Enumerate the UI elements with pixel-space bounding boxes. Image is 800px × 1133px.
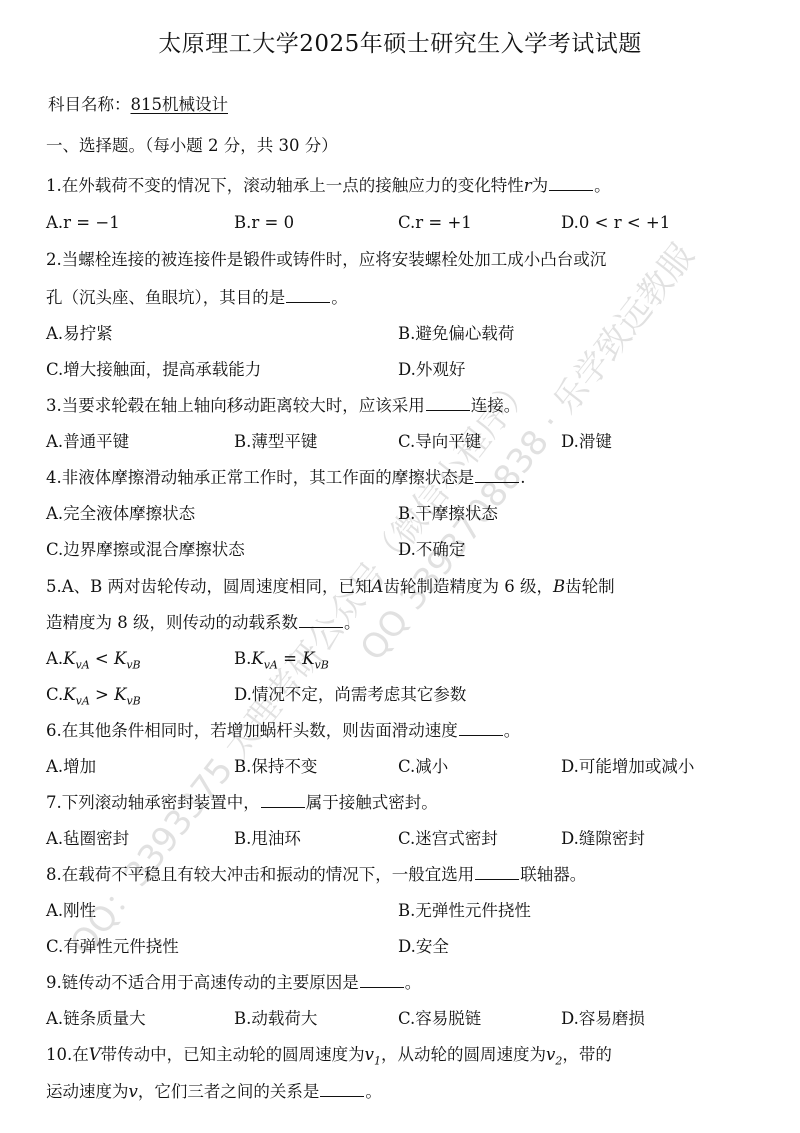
option-8d[interactable]: D.安全 (398, 936, 449, 958)
question-text: 造精度为 8 级，则传动的动载系数 (46, 613, 298, 632)
question-text: 在 (72, 1045, 89, 1064)
question-2-line-1: 2.当螺栓连接的被连接件是锻件或铸件时，应将安装螺栓处加工成小凸台或沉 (46, 249, 606, 271)
question-text: 当要求轮毂在轴上轴向移动距离较大时，应该采用 (62, 396, 425, 415)
math-sub: vA (76, 658, 90, 671)
answer-blank[interactable] (360, 972, 404, 988)
exam-title: 太原理工大学2025年硕士研究生入学考试试题 (0, 25, 800, 58)
question-text: ，它们三者之间的关系是 (138, 1082, 320, 1101)
question-text: 。 (504, 721, 521, 740)
option-6a[interactable]: A.增加 (46, 756, 96, 778)
option-prefix: A. (46, 649, 63, 668)
question-text: 链传动不适合用于高速传动的主要原因是 (62, 973, 359, 992)
question-text: 齿轮制 (565, 577, 615, 596)
option-8c[interactable]: C.有弹性元件挠性 (46, 936, 179, 958)
option-6c[interactable]: C.减小 (398, 756, 448, 778)
question-8: 8.在载荷不平稳且有较大冲击和振动的情况下，一般宜选用联轴器。 (46, 864, 586, 886)
question-number: 8. (46, 865, 62, 884)
option-5a[interactable]: A.KvA < KvB (46, 648, 141, 676)
option-3d[interactable]: D.滑键 (561, 431, 612, 453)
option-7a[interactable]: A.毡圈密封 (46, 828, 129, 850)
option-9d[interactable]: D.容易磨损 (561, 1008, 645, 1030)
answer-blank[interactable] (459, 720, 503, 736)
question-text: 在其他条件相同时，若增加蜗杆头数，则齿面滑动速度 (62, 721, 458, 740)
math-var: K (63, 685, 75, 704)
math-sub: 1 (374, 1054, 381, 1067)
answer-blank[interactable] (286, 287, 330, 303)
question-text: 在外载荷不变的情况下，滚动轴承上一点的接触应力的变化特性 (62, 176, 524, 195)
option-7c[interactable]: C.迷宫式密封 (398, 828, 498, 850)
question-text: 属于接触式密封。 (306, 793, 438, 812)
subject-value: 815机械设计 (131, 95, 229, 114)
option-3a[interactable]: A.普通平键 (46, 431, 129, 453)
question-number: 10. (46, 1045, 72, 1064)
answer-blank[interactable] (426, 395, 470, 411)
math-var: v (546, 1045, 555, 1064)
option-1a[interactable]: A.r = −1 (46, 212, 120, 234)
option-4d[interactable]: D.不确定 (398, 539, 465, 561)
math-var: B (553, 577, 565, 596)
subject-label: 科目名称： (48, 95, 131, 114)
option-3b[interactable]: B.薄型平键 (234, 431, 317, 453)
math-var: v (129, 1082, 138, 1101)
math-op: > (90, 685, 114, 704)
option-8b[interactable]: B.无弹性元件挠性 (398, 900, 531, 922)
math-var: r (524, 176, 532, 195)
option-4b[interactable]: B.干摩擦状态 (398, 503, 498, 525)
question-number: 5. (46, 577, 62, 596)
question-number: 4. (46, 468, 62, 487)
math-var: K (114, 649, 126, 668)
option-9c[interactable]: C.容易脱链 (398, 1008, 481, 1030)
question-1: 1.在外载荷不变的情况下，滚动轴承上一点的接触应力的变化特性r为。 (46, 175, 611, 197)
option-4c[interactable]: C.边界摩擦或混合摩擦状态 (46, 539, 245, 561)
answer-blank[interactable] (475, 864, 519, 880)
question-text: 。 (344, 613, 361, 632)
option-5c[interactable]: C.KvA > KvB (46, 684, 141, 712)
question-text: 运动速度为 (46, 1082, 129, 1101)
option-9a[interactable]: A.链条质量大 (46, 1008, 146, 1030)
question-text: 当螺栓连接的被连接件是锻件或铸件时，应将安装螺栓处加工成小凸台或沉 (62, 250, 607, 269)
option-7d[interactable]: D.缝隙密封 (561, 828, 645, 850)
question-text: 非液体摩擦滑动轴承正常工作时，其工作面的摩擦状态是 (62, 468, 475, 487)
question-text: 下列滚动轴承密封装置中， (62, 793, 260, 812)
math-var: A (372, 577, 384, 596)
question-10-line-1: 10.在V带传动中，已知主动轮的圆周速度为v1，从动轮的圆周速度为v2，带的 (46, 1044, 612, 1072)
question-text: A、B 两对齿轮传动，圆周速度相同，已知 (62, 577, 372, 596)
question-5-line-2: 造精度为 8 级，则传动的动载系数。 (46, 612, 361, 634)
math-var: v (365, 1045, 374, 1064)
math-var: V (89, 1045, 101, 1064)
option-8a[interactable]: A.刚性 (46, 900, 96, 922)
question-text: 在载荷不平稳且有较大冲击和振动的情况下，一般宜选用 (62, 865, 475, 884)
answer-blank[interactable] (299, 612, 343, 628)
question-text: 孔（沉头座、鱼眼坑），其目的是 (46, 288, 285, 307)
question-text: 。 (594, 176, 611, 195)
question-number: 2. (46, 250, 62, 269)
math-var: K (114, 685, 126, 704)
question-text: ，从动轮的圆周速度为 (381, 1045, 546, 1064)
question-text: 为 (532, 176, 549, 195)
option-9b[interactable]: B.动载荷大 (234, 1008, 317, 1030)
option-1b[interactable]: B.r = 0 (234, 212, 294, 234)
question-text: . (520, 468, 525, 487)
option-6d[interactable]: D.可能增加或减小 (561, 756, 694, 778)
section-heading: 一、选择题。（每小题 2 分，共 30 分） (46, 132, 338, 156)
question-text: 。 (405, 973, 422, 992)
question-number: 3. (46, 396, 62, 415)
option-2a[interactable]: A.易拧紧 (46, 323, 113, 345)
option-6b[interactable]: B.保持不变 (234, 756, 317, 778)
option-2c[interactable]: C.增大接触面，提高承载能力 (46, 359, 261, 381)
math-sub: vA (264, 658, 278, 671)
question-number: 6. (46, 721, 62, 740)
math-sub: vB (126, 658, 140, 671)
math-var: K (63, 649, 75, 668)
math-sub: vB (126, 694, 140, 707)
question-3: 3.当要求轮毂在轴上轴向移动距离较大时，应该采用连接。 (46, 395, 520, 417)
answer-blank[interactable] (261, 792, 305, 808)
question-9: 9.链传动不适合用于高速传动的主要原因是。 (46, 972, 421, 994)
option-2d[interactable]: D.外观好 (398, 359, 465, 381)
question-text: ，带的 (562, 1045, 612, 1064)
exam-page: QQ：3393375 太理考研公众号（微信小程序） QQ 3393708838 … (0, 0, 800, 1133)
question-number: 1. (46, 176, 62, 195)
subject-line: 科目名称：815机械设计 (48, 91, 228, 115)
option-5b[interactable]: B.KvA = KvB (234, 648, 329, 676)
answer-blank[interactable] (320, 1081, 364, 1097)
question-7: 7.下列滚动轴承密封装置中，属于接触式密封。 (46, 792, 438, 814)
math-var: K (302, 649, 314, 668)
question-2-line-2: 孔（沉头座、鱼眼坑），其目的是。 (46, 287, 348, 309)
question-text: 齿轮制造精度为 6 级， (383, 577, 553, 596)
option-2b[interactable]: B.避免偏心载荷 (398, 323, 514, 345)
option-4a[interactable]: A.完全液体摩擦状态 (46, 503, 195, 525)
question-text: 连接。 (471, 396, 521, 415)
math-op: = (278, 649, 302, 668)
option-5d[interactable]: D.情况不定，尚需考虑其它参数 (234, 684, 466, 706)
question-10-line-2: 运动速度为v，它们三者之间的关系是。 (46, 1081, 382, 1103)
question-5-line-1: 5.A、B 两对齿轮传动，圆周速度相同，已知A齿轮制造精度为 6 级，B齿轮制 (46, 576, 615, 598)
math-sub: vA (76, 694, 90, 707)
question-6: 6.在其他条件相同时，若增加蜗杆头数，则齿面滑动速度。 (46, 720, 520, 742)
option-1c[interactable]: C.r = +1 (398, 212, 472, 234)
question-text: 联轴器。 (520, 865, 586, 884)
option-prefix: C. (46, 685, 63, 704)
math-op: < (90, 649, 114, 668)
math-sub: vB (315, 658, 329, 671)
question-text: 。 (365, 1082, 382, 1101)
option-prefix: B. (234, 649, 251, 668)
question-4: 4.非液体摩擦滑动轴承正常工作时，其工作面的摩擦状态是. (46, 467, 526, 489)
answer-blank[interactable] (475, 467, 519, 483)
math-var: K (251, 649, 263, 668)
option-1d[interactable]: D.0 < r < +1 (561, 212, 670, 234)
answer-blank[interactable] (549, 175, 593, 191)
question-text: 。 (331, 288, 348, 307)
option-3c[interactable]: C.导向平键 (398, 431, 481, 453)
question-text: 带传动中，已知主动轮的圆周速度为 (101, 1045, 365, 1064)
question-number: 7. (46, 793, 62, 812)
question-number: 9. (46, 973, 62, 992)
option-7b[interactable]: B.甩油环 (234, 828, 301, 850)
